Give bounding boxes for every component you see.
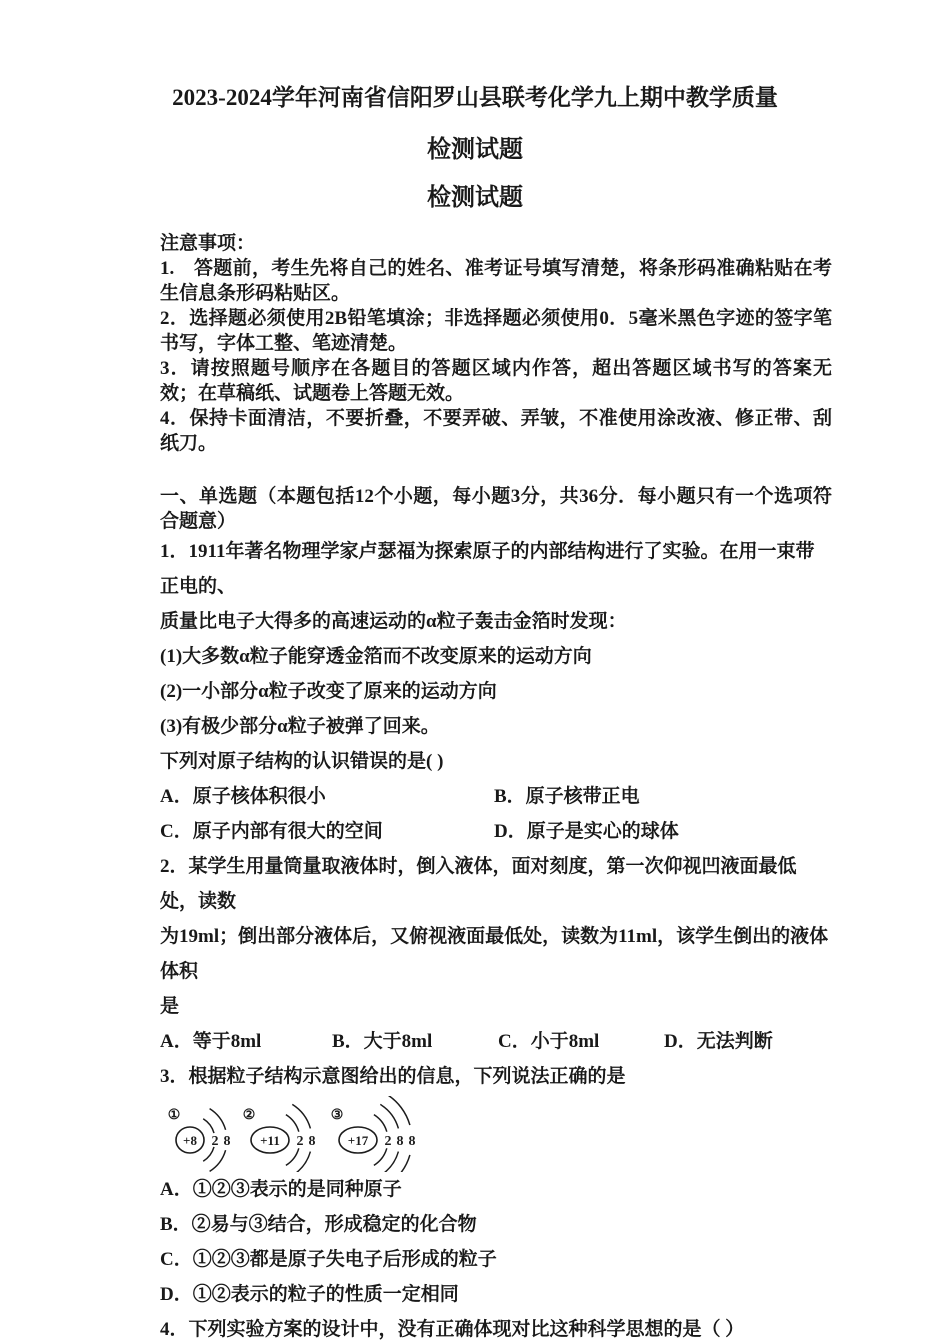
shell-electron-count: 8 — [309, 1134, 316, 1149]
electron-shell-arc — [387, 1155, 410, 1172]
question-list: 1．1911年著名物理学家卢瑟福为探索原子的内部结构进行了实验。在用一束带正电的… — [160, 534, 832, 1344]
notice-item-3: 3．请按照题号顺序在各题目的答题区域内作答，超出答题区域书写的答案无效；在草稿纸… — [160, 356, 832, 406]
nucleus-charge: +8 — [183, 1133, 197, 1148]
section-heading: 一、单选题（本题包括12个小题，每小题3分，共36分．每小题只有一个选项符合题意… — [160, 484, 832, 534]
question-1-prompt: 下列对原子结构的认识错误的是( ) — [160, 744, 832, 779]
question-1-finding-3: (3)有极少部分α粒子被弹了回来。 — [160, 709, 832, 744]
electron-shell-arc — [292, 1104, 310, 1128]
header: 2023-2024学年河南省信阳罗山县联考化学九上期中教学质量 检测试题 检测试… — [0, 0, 950, 211]
question-2-stem-line-1: 2．某学生用量筒量取液体时，倒入液体，面对刻度，第一次仰视凹液面最低处，读数 — [160, 849, 832, 919]
question-3: 3．根据粒子结构示意图给出的信息，下列说法正确的是 ①+828②+1128③+1… — [160, 1059, 832, 1312]
electron-shell-arc — [286, 1148, 299, 1165]
question-3-option-b: B．②易与③结合，形成稳定的化合物 — [160, 1207, 832, 1242]
question-2-option-b: B．大于8ml — [332, 1024, 498, 1059]
question-1-stem-line-1: 1．1911年著名物理学家卢瑟福为探索原子的内部结构进行了实验。在用一束带正电的… — [160, 534, 832, 604]
question-1-finding-1: (1)大多数α粒子能穿透金箔而不改变原来的运动方向 — [160, 639, 832, 674]
question-1-option-d: D．原子是实心的球体 — [494, 814, 832, 849]
electron-shell-arc — [374, 1148, 387, 1165]
exam-paper-page: 2023-2024学年河南省信阳罗山县联考化学九上期中教学质量 检测试题 检测试… — [0, 0, 950, 1344]
notice-heading: 注意事项： — [160, 231, 832, 256]
page-title-line2: 检测试题 — [0, 137, 950, 163]
page-subtitle: 检测试题 — [0, 185, 950, 211]
shell-electron-count: 2 — [212, 1134, 219, 1149]
electron-shell-arc — [203, 1119, 214, 1133]
notice-item-4: 4．保持卡面清洁，不要折叠，不要弄破、弄皱，不准使用涂改液、修正带、刮纸刀。 — [160, 406, 832, 456]
question-2-option-a: A．等于8ml — [160, 1024, 332, 1059]
electron-shell-arc — [292, 1152, 310, 1172]
electron-shell-arc — [380, 1152, 398, 1172]
question-3-stem-line-1: 3．根据粒子结构示意图给出的信息，下列说法正确的是 — [160, 1059, 832, 1094]
particle-diagrams: ①+828②+1128③+17288 — [160, 1096, 832, 1172]
question-4-stem-line-1: 4．下列实验方案的设计中，没有正确体现对比这种科学思想的是（ ） — [160, 1312, 832, 1344]
shell-electron-count: 2 — [297, 1134, 304, 1149]
diagram-index-label: ② — [243, 1108, 256, 1123]
question-3-option-c: C．①②③都是原子失电子后形成的粒子 — [160, 1242, 832, 1277]
question-2-option-d: D．无法判断 — [664, 1024, 832, 1059]
question-1: 1．1911年著名物理学家卢瑟福为探索原子的内部结构进行了实验。在用一束带正电的… — [160, 534, 832, 849]
electron-shell-arc — [380, 1104, 398, 1128]
question-1-stem-line-2: 质量比电子大得多的高速运动的α粒子轰击金箔时发现： — [160, 604, 832, 639]
electron-shell-arc — [286, 1115, 299, 1132]
question-1-option-b: B．原子核带正电 — [494, 779, 832, 814]
shell-electron-count: 8 — [224, 1134, 231, 1149]
nucleus-charge: +17 — [348, 1133, 369, 1148]
shell-electron-count: 8 — [409, 1134, 416, 1149]
notice-item-1: 1. 答题前，考生先将自己的姓名、准考证号填写清楚，将条形码准确粘贴在考生信息条… — [160, 256, 832, 306]
question-1-options: A．原子核体积很小 B．原子核带正电 C．原子内部有很大的空间 D．原子是实心的… — [160, 779, 832, 849]
electron-shell-arc — [387, 1096, 410, 1125]
question-3-option-a: A．①②③表示的是同种原子 — [160, 1172, 832, 1207]
question-1-finding-2: (2)一小部分α粒子改变了原来的运动方向 — [160, 674, 832, 709]
particle-structure-svg: ①+828②+1128③+17288 — [160, 1096, 470, 1172]
notice-section: 注意事项： 1. 答题前，考生先将自己的姓名、准考证号填写清楚，将条形码准确粘贴… — [160, 231, 832, 456]
question-2: 2．某学生用量筒量取液体时，倒入液体，面对刻度，第一次仰视凹液面最低处，读数 为… — [160, 849, 832, 1059]
question-1-option-c: C．原子内部有很大的空间 — [160, 814, 494, 849]
diagram-index-label: ③ — [331, 1108, 344, 1123]
question-2-options: A．等于8ml B．大于8ml C．小于8ml D．无法判断 — [160, 1024, 832, 1059]
notice-item-2: 2．选择题必须使用2B铅笔填涂；非选择题必须使用0．5毫米黑色字迹的签字笔书写，… — [160, 306, 832, 356]
question-2-stem-line-2: 为19ml；倒出部分液体后，又俯视液面最低处，读数为11ml，该学生倒出的液体体… — [160, 919, 832, 989]
electron-shell-arc — [374, 1115, 387, 1132]
shell-electron-count: 2 — [385, 1134, 392, 1149]
diagram-index-label: ① — [168, 1108, 181, 1123]
question-2-stem-line-3: 是 — [160, 989, 832, 1024]
shell-electron-count: 8 — [397, 1134, 404, 1149]
question-4: 4．下列实验方案的设计中，没有正确体现对比这种科学思想的是（ ） — [160, 1312, 832, 1344]
question-2-option-c: C．小于8ml — [498, 1024, 664, 1059]
electron-shell-arc — [203, 1147, 214, 1161]
question-1-option-a: A．原子核体积很小 — [160, 779, 494, 814]
nucleus-charge: +11 — [260, 1133, 280, 1148]
page-title: 2023-2024学年河南省信阳罗山县联考化学九上期中教学质量 — [70, 84, 880, 112]
question-3-option-d: D．①②表示的粒子的性质一定相同 — [160, 1277, 832, 1312]
document-body: 注意事项： 1. 答题前，考生先将自己的姓名、准考证号填写清楚，将条形码准确粘贴… — [160, 231, 832, 1344]
